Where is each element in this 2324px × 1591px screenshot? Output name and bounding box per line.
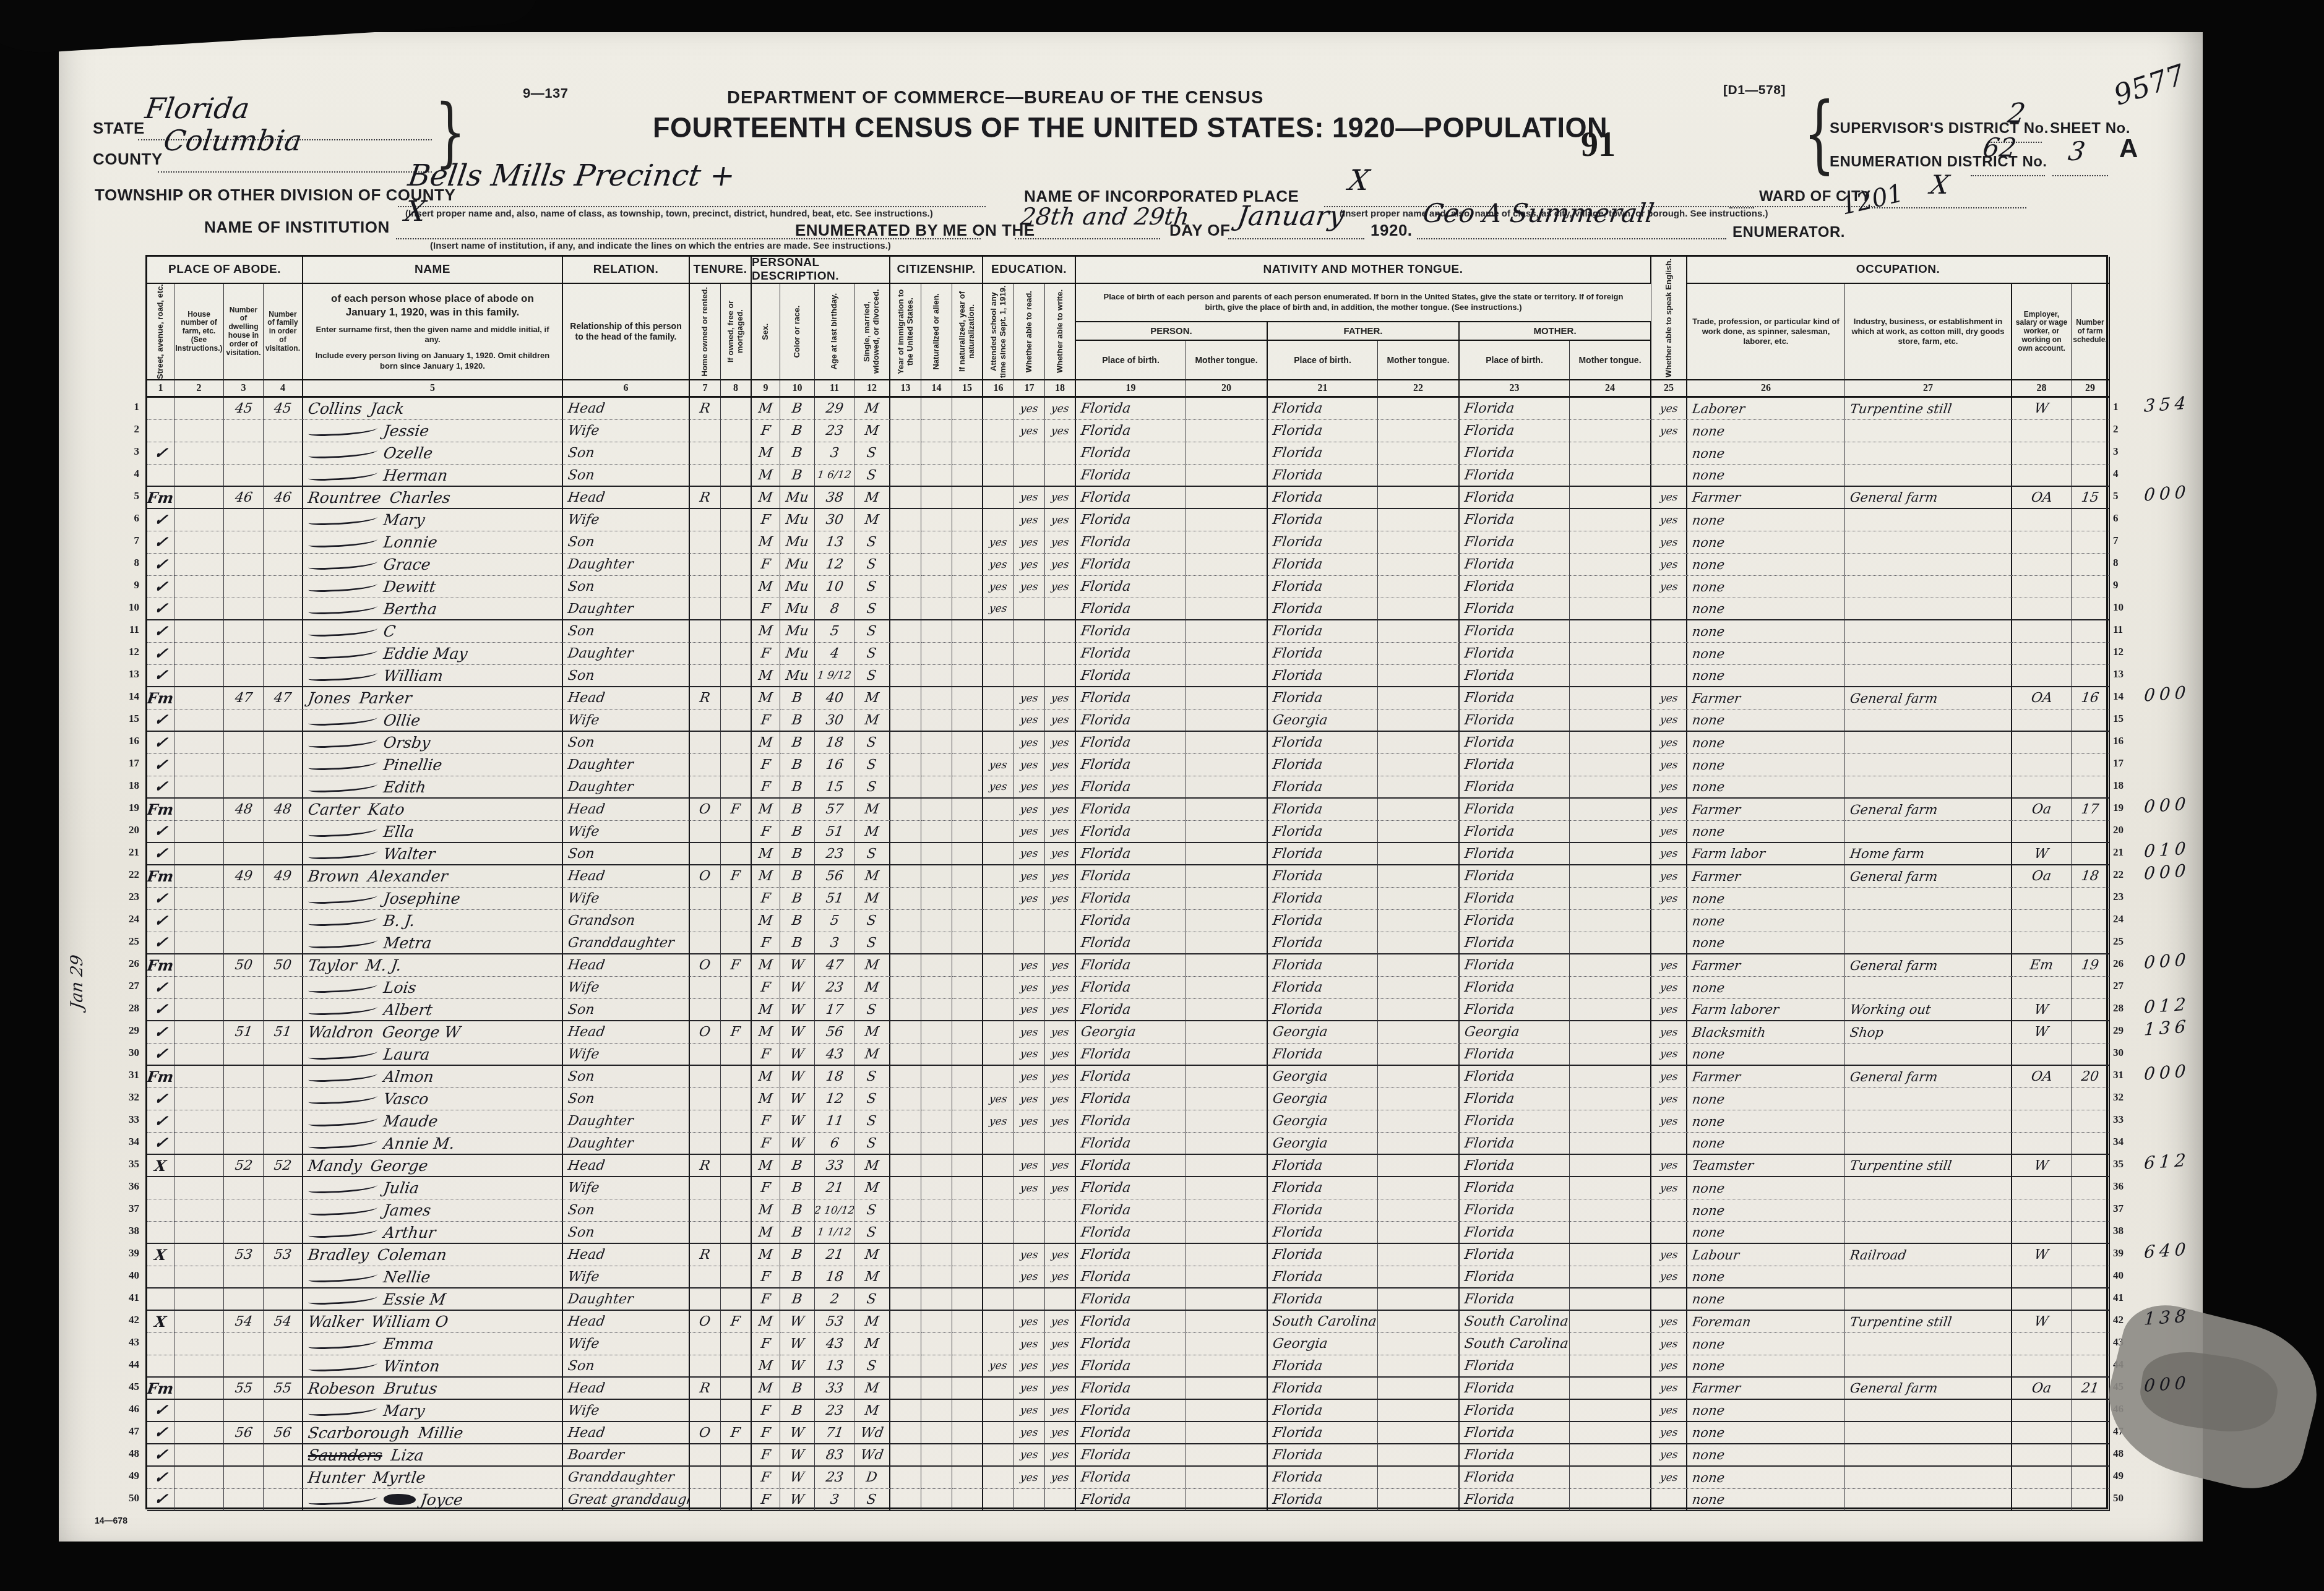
cell-write: yes	[1045, 509, 1076, 531]
cell-sex: F	[752, 509, 780, 531]
value-occupation: none	[1691, 468, 1725, 482]
cell-m_mt	[1570, 665, 1651, 687]
value-marital: Wd	[859, 1425, 884, 1441]
value-color: W	[789, 1047, 805, 1062]
value-f_pob: Florida	[1272, 601, 1323, 617]
value-write: yes	[1050, 982, 1069, 994]
column-number-21: 21	[1268, 380, 1378, 398]
nativity-caption: Place of birth of each person and parent…	[1076, 284, 1651, 322]
value-marital: S	[866, 735, 878, 750]
value-m_pob: Florida	[1463, 757, 1515, 773]
cell-house	[174, 509, 224, 531]
value-color: W	[789, 1314, 805, 1329]
value-write: yes	[1050, 1182, 1069, 1194]
cell-school	[983, 509, 1014, 531]
cell-read	[1014, 442, 1045, 465]
column-group-tenure-: TENURE.	[690, 257, 752, 284]
value-sex: F	[760, 1180, 772, 1196]
value-wclass: W	[2033, 1247, 2049, 1263]
line-number-left: 16	[116, 730, 139, 752]
cell-imm	[890, 1400, 921, 1422]
value-marital: M	[864, 1314, 880, 1329]
cell-sex: M	[752, 799, 780, 821]
cell-f_mt	[1378, 1177, 1460, 1199]
cell-tenure	[690, 910, 721, 932]
value-color: W	[789, 1358, 805, 1374]
cell-farm	[2072, 598, 2110, 620]
value-write: yes	[1050, 759, 1069, 771]
cell-imm	[890, 1133, 921, 1155]
value-f_pob: Florida	[1272, 646, 1323, 661]
cell-industry	[1845, 1222, 2012, 1244]
value-wclass: Em	[2029, 958, 2054, 973]
value-english: yes	[1659, 1093, 1678, 1105]
cell-pob: Florida	[1076, 754, 1186, 776]
cell-tenure	[690, 1177, 721, 1199]
cell-house	[174, 442, 224, 465]
value-school: yes	[989, 581, 1008, 593]
cell-marital: D	[854, 1467, 890, 1489]
value-pob: Florida	[1080, 646, 1132, 661]
value-pob: Florida	[1080, 1247, 1132, 1263]
cell-natyr	[952, 398, 983, 420]
value-relation: Son	[567, 735, 595, 750]
value-english: yes	[1659, 536, 1678, 549]
value-marital: S	[866, 601, 878, 617]
cell-occupation: Laborer	[1687, 398, 1845, 420]
cell-house	[174, 1088, 224, 1110]
cell-mortgage	[721, 1400, 752, 1422]
cell-read: yes	[1014, 1021, 1045, 1044]
ward-value: X	[1929, 169, 1952, 200]
value-mortgage: F	[730, 802, 742, 817]
line-number-left: 9	[116, 574, 139, 596]
given-name: Julia	[382, 1179, 420, 1197]
value-color: B	[791, 1403, 804, 1418]
cell-name: WalkerWilliam O	[303, 1311, 563, 1333]
value-m_pob: Georgia	[1463, 1024, 1520, 1040]
value-f_pob: Florida	[1272, 1047, 1323, 1062]
value-family: 52	[273, 1158, 293, 1173]
value-read: yes	[1020, 1182, 1039, 1194]
cell-mark: ✓	[147, 643, 174, 665]
cell-industry	[1845, 420, 2012, 442]
cell-read: yes	[1014, 754, 1045, 776]
cell-natyr	[952, 620, 983, 643]
value-age: 38	[825, 490, 845, 505]
cell-color: W	[780, 999, 815, 1021]
cell-natyr	[952, 1044, 983, 1066]
cell-marital: M	[854, 1155, 890, 1177]
cell-occupation: none	[1687, 465, 1845, 487]
dotted-line	[1971, 174, 2045, 176]
cell-mt	[1186, 977, 1268, 999]
value-marital: M	[864, 1047, 880, 1062]
cell-sex: F	[752, 1289, 780, 1311]
cell-occupation: none	[1687, 598, 1845, 620]
value-m_pob: Florida	[1463, 1091, 1515, 1107]
cell-marital: M	[854, 1021, 890, 1044]
cell-marital: S	[854, 1066, 890, 1088]
table-row: ✓BerthaDaughterFMu8SyesFloridaFloridaFlo…	[147, 598, 2110, 620]
col-caption-9: Sex.	[752, 284, 780, 380]
cell-school: yes	[983, 1355, 1014, 1378]
cell-sex: M	[752, 531, 780, 554]
cell-mt	[1186, 1444, 1268, 1467]
abode-mark: ✓	[152, 1469, 168, 1487]
cell-marital: S	[854, 1289, 890, 1311]
cell-write: yes	[1045, 954, 1076, 977]
cell-school: yes	[983, 1110, 1014, 1133]
cell-occupation: none	[1687, 1088, 1845, 1110]
value-sex: M	[757, 1091, 773, 1107]
value-farm: 21	[2080, 1381, 2100, 1396]
cell-nat	[921, 487, 952, 509]
cell-age: 38	[815, 487, 854, 509]
value-sex: F	[760, 557, 772, 572]
cell-imm	[890, 977, 921, 999]
value-occupation: Teamster	[1691, 1158, 1754, 1173]
cell-imm	[890, 999, 921, 1021]
line-number-right: 5	[2113, 485, 2137, 507]
cell-m_mt	[1570, 821, 1651, 843]
cell-age: 23	[815, 843, 854, 865]
cell-pob: Florida	[1076, 1177, 1186, 1199]
value-relation: Head	[567, 1158, 606, 1173]
cell-english: yes	[1651, 1110, 1687, 1133]
cell-m_pob: Florida	[1460, 1066, 1570, 1088]
cell-pob: Florida	[1076, 954, 1186, 977]
value-sex: F	[760, 824, 772, 839]
col-caption-4: Number of family in order of visitation.	[264, 284, 303, 380]
value-english: yes	[1659, 1182, 1678, 1194]
value-sex: F	[760, 423, 772, 439]
value-sex: M	[757, 958, 773, 973]
cell-tenure: R	[690, 487, 721, 509]
column-number-15: 15	[952, 380, 983, 398]
cell-industry: Railroad	[1845, 1244, 2012, 1266]
value-sex: M	[757, 445, 773, 461]
cell-english	[1651, 932, 1687, 954]
cell-f_pob: Florida	[1268, 776, 1378, 799]
cell-age: 29	[815, 398, 854, 420]
cell-wclass	[2012, 1133, 2072, 1155]
value-relation: Son	[567, 846, 595, 862]
line-number-right: 2	[2113, 418, 2137, 440]
cell-f_pob: Florida	[1268, 732, 1378, 754]
cell-sex: F	[752, 1489, 780, 1511]
cell-english: yes	[1651, 888, 1687, 910]
cell-occupation: none	[1687, 1289, 1845, 1311]
value-write: yes	[1050, 692, 1069, 705]
cell-age: 23	[815, 420, 854, 442]
cell-m_mt	[1570, 398, 1651, 420]
line-number-left: 4	[116, 463, 139, 485]
cell-industry: Working out	[1845, 999, 2012, 1021]
table-row: X5252MandyGeorgeHeadRMB33MyesyesFloridaF…	[147, 1155, 2110, 1177]
cell-sex: F	[752, 1467, 780, 1489]
cell-natyr	[952, 865, 983, 888]
cell-house	[174, 1066, 224, 1088]
line-number-left: 32	[116, 1086, 139, 1109]
cell-natyr	[952, 1177, 983, 1199]
value-age: 5	[829, 913, 840, 928]
given-name: Essie M	[382, 1290, 447, 1308]
value-occupation: Farmer	[1691, 490, 1741, 505]
cell-industry	[1845, 910, 2012, 932]
cell-mortgage	[721, 1199, 752, 1222]
cell-wclass	[2012, 465, 2072, 487]
cell-imm	[890, 1489, 921, 1511]
value-write: yes	[1050, 781, 1069, 793]
cell-family	[264, 531, 303, 554]
value-marital: M	[864, 958, 880, 973]
cell-f_mt	[1378, 420, 1460, 442]
line-number-left: 42	[116, 1309, 139, 1331]
value-occupation: none	[1691, 1358, 1725, 1373]
cell-house	[174, 687, 224, 710]
cell-tenure	[690, 1044, 721, 1066]
cell-mortgage	[721, 1066, 752, 1088]
cell-write: yes	[1045, 843, 1076, 865]
cell-farm	[2072, 643, 2110, 665]
cell-m_pob: Florida	[1460, 865, 1570, 888]
cell-occupation: none	[1687, 1444, 1845, 1467]
value-sex: M	[757, 668, 773, 684]
table-row: ✓OrsbySonMB18SyesyesFloridaFloridaFlorid…	[147, 732, 2110, 754]
cell-occupation: none	[1687, 932, 1845, 954]
cell-nat	[921, 1333, 952, 1355]
cell-sex: F	[752, 420, 780, 442]
value-tenure: O	[699, 1314, 712, 1329]
column-group-name: NAME	[303, 257, 563, 284]
cell-family: 55	[264, 1378, 303, 1400]
cell-f_mt	[1378, 1266, 1460, 1289]
cell-age: 1 9/12	[815, 665, 854, 687]
value-m_pob: Florida	[1463, 1470, 1515, 1485]
cell-family	[264, 1066, 303, 1088]
cell-write: yes	[1045, 487, 1076, 509]
cell-m_mt	[1570, 1066, 1651, 1088]
value-dwelling: 52	[234, 1158, 254, 1173]
institution-note: (Insert name of institution, if any, and…	[430, 241, 891, 251]
cell-wclass	[2012, 1444, 2072, 1467]
nativity-pob-mother: Place of birth.	[1460, 341, 1570, 380]
line-number-left: 6	[116, 507, 139, 530]
cell-pob: Florida	[1076, 821, 1186, 843]
value-f_pob: Georgia	[1272, 1069, 1328, 1084]
cell-sex: M	[752, 732, 780, 754]
cell-english: yes	[1651, 487, 1687, 509]
cell-f_pob: Florida	[1268, 576, 1378, 598]
cell-relation: Son	[563, 732, 690, 754]
cell-wclass	[2012, 1289, 2072, 1311]
cell-m_mt	[1570, 1244, 1651, 1266]
table-row: ✓LonnieSonMMu13SyesyesyesFloridaFloridaF…	[147, 531, 2110, 554]
cell-natyr	[952, 598, 983, 620]
table-row: X5454WalkerWilliam OHeadOFMW53MyesyesFlo…	[147, 1311, 2110, 1333]
value-f_pob: Florida	[1272, 1492, 1323, 1507]
cell-pob: Florida	[1076, 999, 1186, 1021]
cell-sex: F	[752, 1266, 780, 1289]
cell-color: B	[780, 1289, 815, 1311]
col-caption-16: Attended school any time since Sept. 1, …	[983, 284, 1014, 380]
cell-school: yes	[983, 576, 1014, 598]
cell-mt	[1186, 398, 1268, 420]
cell-school	[983, 442, 1014, 465]
cell-sex: M	[752, 1222, 780, 1244]
cell-name: Josephine	[303, 888, 563, 910]
value-read: yes	[1020, 581, 1039, 593]
cell-mortgage	[721, 554, 752, 576]
cell-family	[264, 420, 303, 442]
cell-farm	[2072, 910, 2110, 932]
cell-tenure	[690, 598, 721, 620]
value-read: yes	[1020, 714, 1039, 726]
cell-age: 3	[815, 1489, 854, 1511]
column-number-13: 13	[890, 380, 921, 398]
value-pob: Florida	[1080, 757, 1132, 773]
cell-mt	[1186, 1244, 1268, 1266]
cell-english: yes	[1651, 1444, 1687, 1467]
cell-pob: Florida	[1076, 1066, 1186, 1088]
cell-family: 46	[264, 487, 303, 509]
cell-color: B	[780, 1400, 815, 1422]
value-pob: Florida	[1080, 1158, 1132, 1173]
cell-write	[1045, 932, 1076, 954]
given-name: Joyce	[420, 1491, 464, 1509]
cell-mortgage	[721, 821, 752, 843]
value-age: 51	[825, 891, 845, 906]
cell-natyr	[952, 1133, 983, 1155]
cell-write: yes	[1045, 754, 1076, 776]
cell-farm	[2072, 620, 2110, 643]
value-color: B	[791, 445, 804, 461]
value-age: 1 9/12	[817, 669, 852, 682]
cell-marital: M	[854, 954, 890, 977]
abode-mark: Fm	[147, 800, 174, 818]
value-relation: Wife	[567, 1180, 600, 1196]
cell-family	[264, 1088, 303, 1110]
cell-m_mt	[1570, 1355, 1651, 1378]
cell-relation: Daughter	[563, 643, 690, 665]
cell-imm	[890, 710, 921, 732]
value-tenure: R	[699, 1158, 711, 1173]
cell-school	[983, 977, 1014, 999]
margin-number: 136	[2143, 1015, 2191, 1040]
cell-pob: Florida	[1076, 888, 1186, 910]
value-relation: Wife	[567, 1269, 600, 1285]
cell-f_mt	[1378, 888, 1460, 910]
value-age: 33	[825, 1158, 845, 1173]
cell-sex: F	[752, 1044, 780, 1066]
ward-label: WARD OF CITY	[1759, 188, 1871, 205]
value-read: yes	[1020, 893, 1039, 905]
cell-nat	[921, 888, 952, 910]
value-marital: S	[866, 1002, 878, 1018]
cell-school	[983, 1155, 1014, 1177]
line-number-left: 41	[116, 1287, 139, 1309]
cell-color: Mu	[780, 509, 815, 531]
cell-family	[264, 710, 303, 732]
value-f_pob: Florida	[1272, 891, 1323, 906]
value-color: Mu	[785, 601, 809, 617]
table-row: ✓OzelleSonMB3SFloridaFloridaFloridanone	[147, 442, 2110, 465]
value-relation: Wife	[567, 423, 600, 439]
cell-color: B	[780, 1199, 815, 1222]
cell-family	[264, 932, 303, 954]
value-age: 2	[829, 1292, 840, 1307]
cell-occupation: none	[1687, 1133, 1845, 1155]
cell-occupation: Farmer	[1687, 865, 1845, 888]
ditto-mark	[308, 1227, 377, 1238]
cell-mt	[1186, 1378, 1268, 1400]
cell-wclass	[2012, 1222, 2072, 1244]
table-row: Fm4949BrownAlexanderHeadOFMB56MyesyesFlo…	[147, 865, 2110, 888]
cell-age: 4	[815, 643, 854, 665]
cell-name: Winton	[303, 1355, 563, 1378]
cell-marital: M	[854, 1311, 890, 1333]
cell-m_pob: Florida	[1460, 509, 1570, 531]
line-number-left: 2	[116, 418, 139, 440]
cell-farm	[2072, 1289, 2110, 1311]
cell-occupation: none	[1687, 732, 1845, 754]
table-row: ✓AlbertSonMW17SyesyesFloridaFloridaFlori…	[147, 999, 2110, 1021]
cell-house	[174, 1489, 224, 1511]
cell-read: yes	[1014, 687, 1045, 710]
cell-f_pob: Florida	[1268, 1177, 1378, 1199]
cell-relation: Son	[563, 531, 690, 554]
cell-family	[264, 1467, 303, 1489]
table-row: X5353BradleyColemanHeadRMB21MyesyesFlori…	[147, 1244, 2110, 1266]
cell-house	[174, 1021, 224, 1044]
line-number-right: 1	[2113, 396, 2137, 418]
cell-imm	[890, 1021, 921, 1044]
cell-english	[1651, 1133, 1687, 1155]
cell-pob: Florida	[1076, 1266, 1186, 1289]
cell-f_mt	[1378, 932, 1460, 954]
cell-f_pob: Florida	[1268, 465, 1378, 487]
given-name: Pinellie	[382, 756, 444, 774]
cell-marital: M	[854, 1244, 890, 1266]
col-caption-5-line1: of each person whose place of abode on J…	[312, 292, 553, 319]
cell-occupation: Teamster	[1687, 1155, 1845, 1177]
cell-mortgage: F	[721, 799, 752, 821]
cell-f_pob: Georgia	[1268, 1066, 1378, 1088]
value-f_pob: Florida	[1272, 445, 1323, 461]
cell-dwelling	[224, 843, 264, 865]
ditto-mark	[308, 1049, 377, 1060]
table-row: ✓EllaWifeFB51MyesyesFloridaFloridaFlorid…	[147, 821, 2110, 843]
value-marital: S	[866, 779, 878, 795]
value-m_pob: Florida	[1463, 579, 1515, 594]
cell-f_mt	[1378, 1110, 1460, 1133]
ditto-mark	[308, 759, 377, 771]
cell-nat	[921, 620, 952, 643]
cell-mt	[1186, 1088, 1268, 1110]
value-marital: M	[864, 1024, 880, 1040]
value-occupation: none	[1691, 1181, 1725, 1196]
value-sex: F	[760, 1492, 772, 1507]
cell-dwelling: 45	[224, 398, 264, 420]
line-number-right: 26	[2113, 953, 2137, 975]
value-write: yes	[1050, 1404, 1069, 1417]
value-english: yes	[1659, 781, 1678, 793]
cell-f_mt	[1378, 732, 1460, 754]
cell-read: yes	[1014, 732, 1045, 754]
cell-f_pob: Georgia	[1268, 1088, 1378, 1110]
cell-family	[264, 910, 303, 932]
